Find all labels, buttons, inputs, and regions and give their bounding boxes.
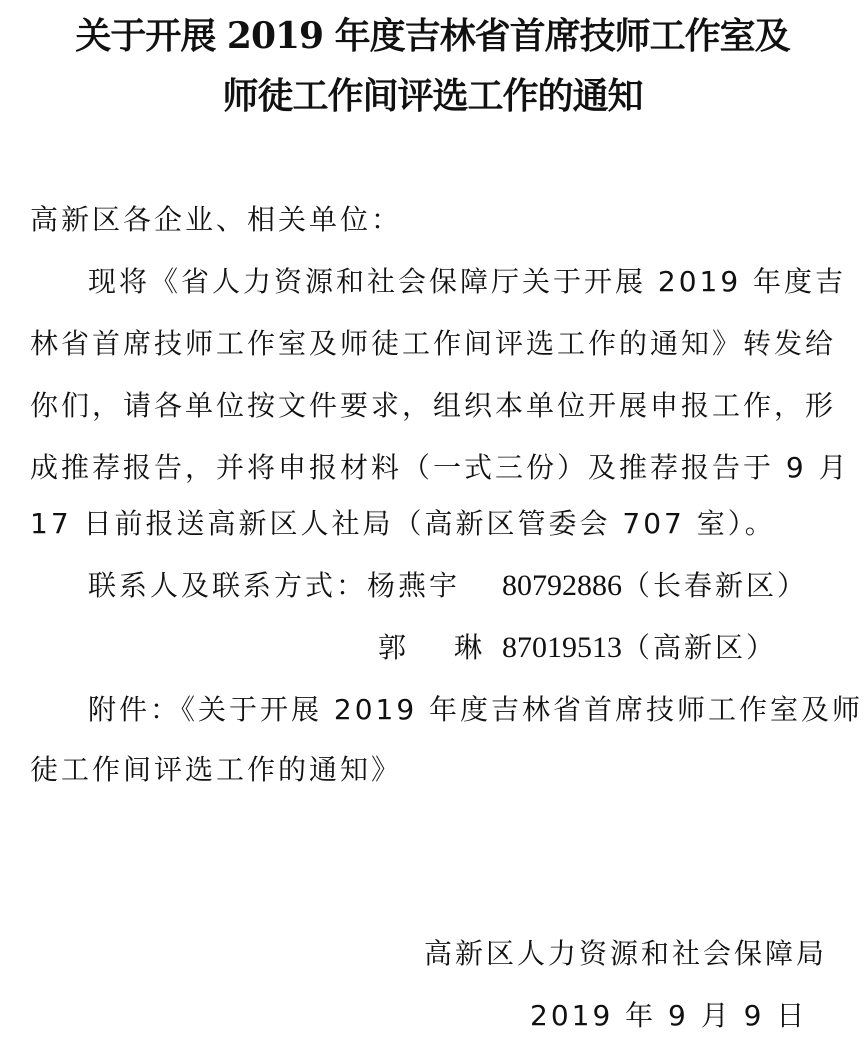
contacts-label: 联系人及联系方式： bbox=[88, 569, 367, 602]
document-title-line-1: 关于开展 2019 年度吉林省首席技师工作室及 bbox=[0, 14, 865, 58]
contact-row-1: 联系人及联系方式：杨燕宇 bbox=[88, 566, 460, 606]
salutation: 高新区各企业、相关单位： bbox=[30, 200, 402, 240]
body-line-4: 成推荐报告，并将申报材料（一式三份）及推荐报告于 9 月 bbox=[30, 448, 850, 488]
contact-area: （高新区） bbox=[622, 628, 777, 668]
contact-name: 郭 琳 bbox=[378, 628, 492, 668]
body-line-5: 17 日前报送高新区人社局（高新区管委会 707 室）。 bbox=[30, 504, 776, 544]
contact-phone: 87019513 bbox=[502, 628, 622, 668]
body-line-2: 林省首席技师工作室及师徒工作间评选工作的通知》转发给 bbox=[30, 324, 836, 364]
contact-phone: 80792886 bbox=[502, 566, 622, 606]
body-line-1: 现将《省人力资源和社会保障厅关于开展 2019 年度吉 bbox=[88, 262, 846, 302]
document-title-line-2: 师徒工作间评选工作的通知 bbox=[0, 74, 865, 118]
body-line-3: 你们，请各单位按文件要求，组织本单位开展申报工作，形 bbox=[30, 386, 836, 426]
contact-area: （长春新区） bbox=[622, 566, 808, 606]
contact-name: 杨燕宇 bbox=[367, 569, 460, 602]
attachment-line-2: 徒工作间评选工作的通知》 bbox=[30, 750, 402, 790]
attachment-line-1: 附件：《关于开展 2019 年度吉林省首席技师工作室及师 bbox=[88, 690, 863, 730]
issue-date: 2019 年 9 月 9 日 bbox=[530, 996, 807, 1036]
issuer-signature: 高新区人力资源和社会保障局 bbox=[424, 934, 827, 974]
